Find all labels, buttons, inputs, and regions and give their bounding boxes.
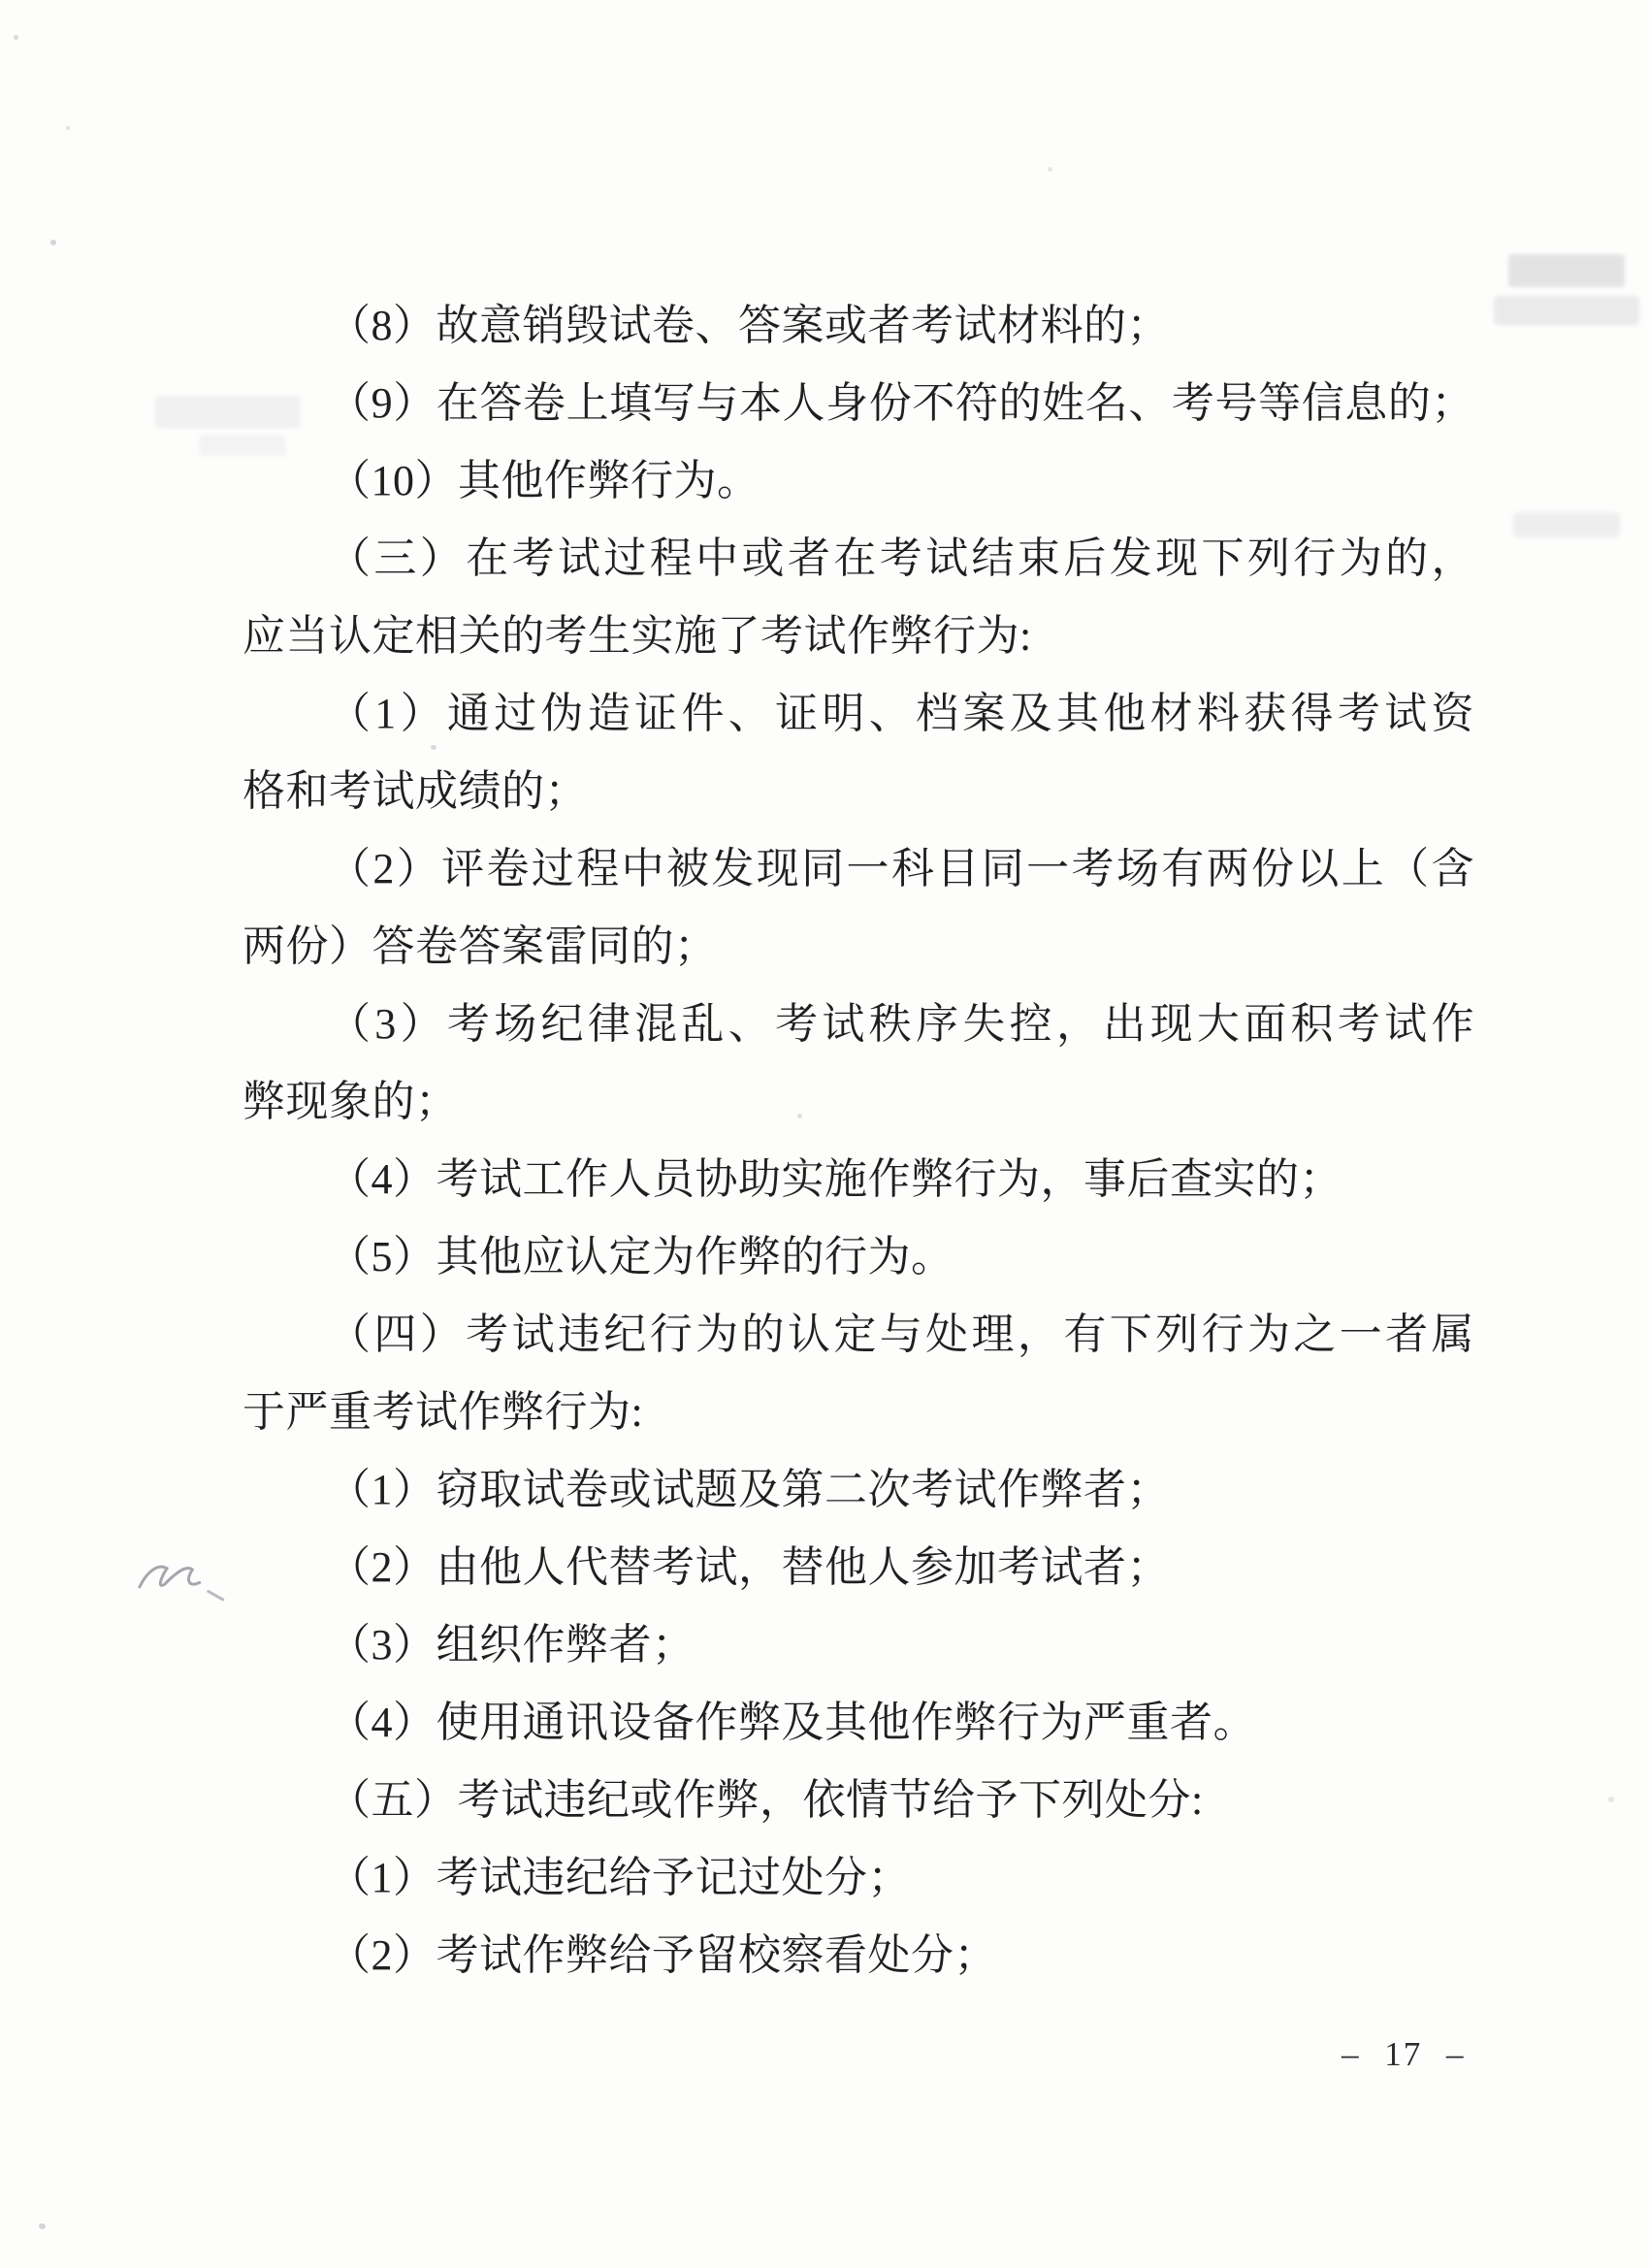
scan-speck xyxy=(50,240,56,245)
text-line: （五）考试违纪或作弊，依情节给予下列处分: xyxy=(242,1762,1474,1839)
scan-speck xyxy=(39,2223,46,2229)
text-line: （8）故意销毁试卷、答案或者考试材料的； xyxy=(242,287,1474,365)
text-line: 格和考试成绩的； xyxy=(242,753,1474,830)
text-line: （2）由他人代替考试，替他人参加考试者； xyxy=(242,1529,1474,1606)
text-line: （2）评卷过程中被发现同一科目同一考场有两份以上（含 xyxy=(242,830,1474,908)
document-body: （8）故意销毁试卷、答案或者考试材料的；（9）在答卷上填写与本人身份不符的姓名、… xyxy=(242,287,1474,1994)
text-line: （4）考试工作人员协助实施作弊行为，事后查实的； xyxy=(242,1141,1474,1218)
pencil-mark xyxy=(127,1532,242,1620)
text-line: （9）在答卷上填写与本人身份不符的姓名、考号等信息的； xyxy=(242,365,1474,442)
text-line: （1）通过伪造证件、证明、档案及其他材料获得考试资 xyxy=(242,675,1474,753)
document-page: （8）故意销毁试卷、答案或者考试材料的；（9）在答卷上填写与本人身份不符的姓名、… xyxy=(0,0,1649,2268)
page-number: – 17 – xyxy=(1342,2035,1466,2074)
text-line: （1）窃取试卷或试题及第二次考试作弊者； xyxy=(242,1451,1474,1529)
text-line: （3）考场纪律混乱、考试秩序失控，出现大面积考试作 xyxy=(242,986,1474,1063)
text-line: 两份）答卷答案雷同的； xyxy=(242,908,1474,986)
text-line: （四）考试违纪行为的认定与处理，有下列行为之一者属 xyxy=(242,1296,1474,1374)
scan-speck xyxy=(66,126,70,130)
text-line: （10）其他作弊行为。 xyxy=(242,442,1474,520)
scan-speck xyxy=(14,35,18,40)
scan-artifact xyxy=(1508,254,1625,287)
text-line: （3）组织作弊者； xyxy=(242,1606,1474,1684)
text-line: （三）在考试过程中或者在考试结束后发现下列行为的， xyxy=(242,520,1474,598)
text-line: 应当认定相关的考生实施了考试作弊行为: xyxy=(242,598,1474,675)
scan-artifact xyxy=(1513,512,1620,537)
text-line: （2）考试作弊给予留校察看处分； xyxy=(242,1917,1474,1994)
text-line: 于严重考试作弊行为: xyxy=(242,1374,1474,1451)
scan-speck xyxy=(1048,167,1052,172)
text-line: （5）其他应认定为作弊的行为。 xyxy=(242,1218,1474,1296)
text-line: （4）使用通讯设备作弊及其他作弊行为严重者。 xyxy=(242,1684,1474,1762)
text-line: （1）考试违纪给予记过处分； xyxy=(242,1839,1474,1917)
scan-artifact xyxy=(1494,296,1639,325)
scan-speck xyxy=(1608,1797,1614,1802)
text-line: 弊现象的； xyxy=(242,1063,1474,1141)
